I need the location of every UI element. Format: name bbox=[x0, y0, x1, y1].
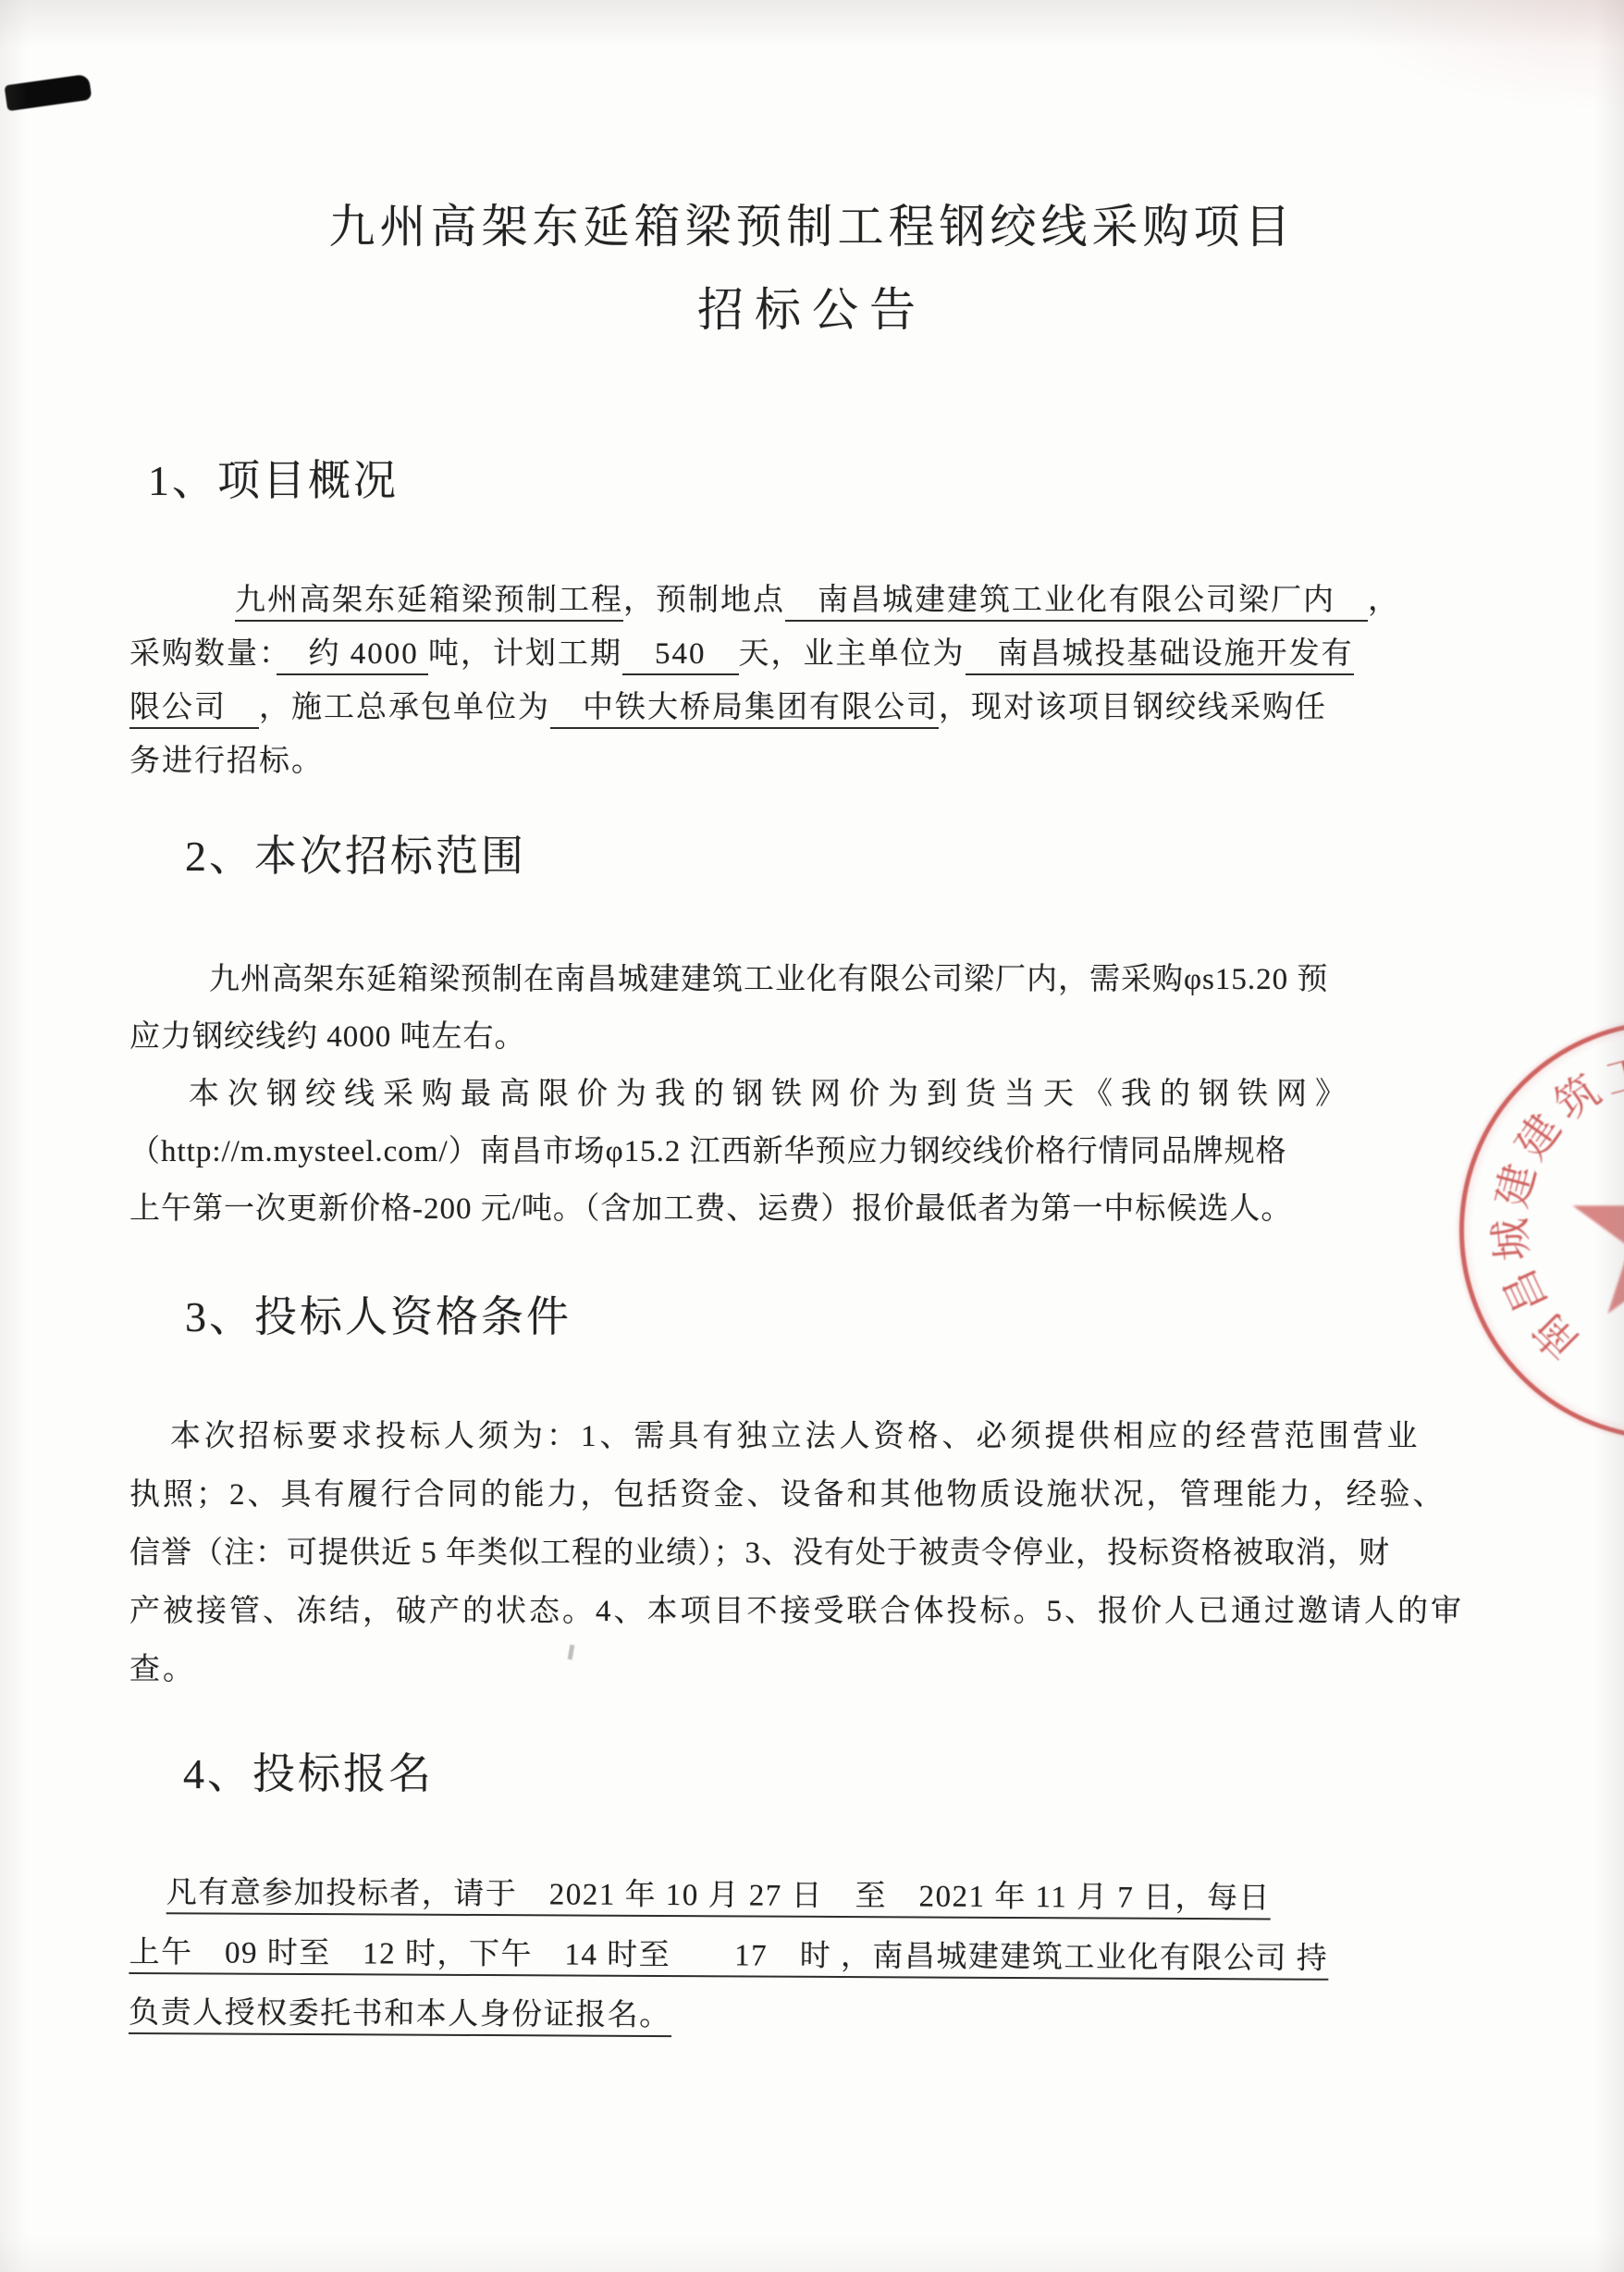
text-line: （http://m.mysteel.com/）南昌市场φ15.2 江西新华预应力… bbox=[129, 1123, 1572, 1180]
text-segment: 本次招标要求投标人须为：1、需具有独立法人资格、必须提供相应的经营范围营业 bbox=[170, 1420, 1421, 1453]
text-line: 负责人授权委托书和本人身份证报名。 bbox=[129, 1983, 1571, 2051]
text-segment: ，施工总承包单位为 bbox=[259, 691, 550, 724]
text-line: 上午 09 时至 12 时，下午 14 时至 17 时 ，南昌城建建筑工业化有限… bbox=[129, 1923, 1571, 1991]
text-segment: 吨，计划工期 bbox=[428, 637, 622, 671]
paragraph-bid-scope-2: 本次钢绞线采购最高限价为我的钢铁网价为到货当天《我的钢铁网》（http://m.… bbox=[129, 1066, 1572, 1238]
underlined-text: 限公司 bbox=[129, 691, 259, 729]
text-segment: 信誉（注：可提供近 5 年类似工程的业绩）；3、没有处于被责令停业，投标资格被取… bbox=[129, 1537, 1390, 1570]
text-line: 限公司 ，施工总承包单位为 中铁大桥局集团有限公司，现对该项目钢绞线采购任 bbox=[129, 681, 1572, 735]
text-line: 本次招标要求投标人须为：1、需具有独立法人资格、必须提供相应的经营范围营业 bbox=[129, 1408, 1572, 1466]
paragraph-bid-scope-1: 九州高架东延箱梁预制在南昌城建建筑工业化有限公司梁厂内，需采购φs15.20 预… bbox=[129, 951, 1572, 1066]
text-segment: 查。 bbox=[129, 1653, 196, 1686]
text-segment: ， bbox=[1368, 584, 1400, 617]
underlined-text: 约 4000 bbox=[277, 637, 429, 675]
section-heading-bid-scope: 2、本次招标范围 bbox=[185, 827, 526, 886]
section-heading-bidder-qualification: 3、投标人资格条件 bbox=[185, 1288, 572, 1347]
underlined-text: 九州高架东延箱梁预制工程 bbox=[235, 584, 623, 622]
document-title: 九州高架东延箱梁预制工程钢绞线采购项目 bbox=[0, 196, 1624, 257]
text-segment: 上午第一次更新价格-200 元/吨。（含加工费、运费）报价最低者为第一中标候选人… bbox=[129, 1192, 1292, 1226]
paragraph-bid-registration: 凡有意参加投标者，请于 2021 年 10 月 27 日 至 2021 年 11… bbox=[129, 1863, 1572, 2051]
text-line: 上午第一次更新价格-200 元/吨。（含加工费、运费）报价最低者为第一中标候选人… bbox=[129, 1180, 1572, 1238]
document-body: 九州高架东延箱梁预制工程钢绞线采购项目 招标公告 1、项目概况 九州高架东延箱梁… bbox=[0, 0, 1624, 2272]
text-line: 信誉（注：可提供近 5 年类似工程的业绩）；3、没有处于被责令停业，投标资格被取… bbox=[129, 1525, 1572, 1583]
text-line: 产被接管、冻结，破产的状态。4、本项目不接受联合体投标。5、报价人已通过邀请人的… bbox=[129, 1583, 1572, 1641]
text-segment: 九州高架东延箱梁预制在南昌城建建筑工业化有限公司梁厂内，需采购φs15.20 预 bbox=[209, 963, 1328, 996]
underlined-text: 南昌城建建筑工业化有限公司梁厂内 bbox=[785, 584, 1368, 622]
underlined-text: 凡有意参加投标者，请于 2021 年 10 月 27 日 至 2021 年 11… bbox=[166, 1876, 1271, 1920]
text-line: 九州高架东延箱梁预制工程，预制地点 南昌城建建筑工业化有限公司梁厂内 ， bbox=[129, 574, 1572, 627]
text-line: 凡有意参加投标者，请于 2021 年 10 月 27 日 至 2021 年 11… bbox=[129, 1863, 1572, 1931]
text-segment: （http://m.mysteel.com/）南昌市场φ15.2 江西新华预应力… bbox=[129, 1135, 1287, 1168]
text-segment: 应力钢绞线约 4000 吨左右。 bbox=[129, 1020, 526, 1054]
text-line: 执照；2、具有履行合同的能力，包括资金、设备和其他物质设施状况，管理能力，经验、 bbox=[129, 1466, 1572, 1525]
underlined-text: 中铁大桥局集团有限公司 bbox=[550, 691, 939, 729]
section-heading-bid-registration: 4、投标报名 bbox=[183, 1745, 434, 1804]
text-segment: 本次钢绞线采购最高限价为我的钢铁网价为到货当天《我的钢铁网》 bbox=[189, 1078, 1354, 1111]
text-line: 采购数量： 约 4000 吨，计划工期 540 天，业主单位为 南昌城投基础设施… bbox=[129, 627, 1572, 681]
text-line: 本次钢绞线采购最高限价为我的钢铁网价为到货当天《我的钢铁网》 bbox=[129, 1066, 1572, 1123]
text-segment: 产被接管、冻结，破产的状态。4、本项目不接受联合体投标。5、报价人已通过邀请人的… bbox=[129, 1595, 1464, 1628]
text-segment: ，现对该项目钢绞线采购任 bbox=[939, 691, 1327, 724]
text-line: 务进行招标。 bbox=[129, 735, 1572, 788]
text-line: 应力钢绞线约 4000 吨左右。 bbox=[129, 1008, 1572, 1066]
text-line: 九州高架东延箱梁预制在南昌城建建筑工业化有限公司梁厂内，需采购φs15.20 预 bbox=[129, 951, 1572, 1008]
text-segment: 务进行招标。 bbox=[129, 745, 324, 778]
underlined-text: 上午 09 时至 12 时，下午 14 时至 17 时 ，南昌城建建筑工业化有限… bbox=[129, 1936, 1328, 1981]
underlined-text: 南昌城投基础设施开发有 bbox=[966, 637, 1354, 675]
text-line: 查。 bbox=[129, 1641, 1572, 1699]
paragraph-bidder-qualification: 本次招标要求投标人须为：1、需具有独立法人资格、必须提供相应的经营范围营业执照；… bbox=[129, 1408, 1572, 1699]
scanned-document-page: 九州高架东延箱梁预制工程钢绞线采购项目 招标公告 1、项目概况 九州高架东延箱梁… bbox=[0, 0, 1624, 2272]
text-segment: 采购数量： bbox=[129, 637, 277, 671]
paragraph-project-overview: 九州高架东延箱梁预制工程，预制地点 南昌城建建筑工业化有限公司梁厂内 ，采购数量… bbox=[129, 574, 1572, 788]
underlined-text: 负责人授权委托书和本人身份证报名。 bbox=[129, 1996, 671, 2037]
underlined-text: 540 bbox=[622, 637, 739, 675]
text-segment: ，预制地点 bbox=[623, 584, 785, 617]
text-segment: 天，业主单位为 bbox=[739, 637, 966, 671]
text-segment: 执照；2、具有履行合同的能力，包括资金、设备和其他物质设施状况，管理能力，经验、 bbox=[129, 1478, 1446, 1512]
section-heading-project-overview: 1、项目概况 bbox=[148, 451, 399, 511]
document-subtitle: 招标公告 bbox=[0, 279, 1624, 340]
